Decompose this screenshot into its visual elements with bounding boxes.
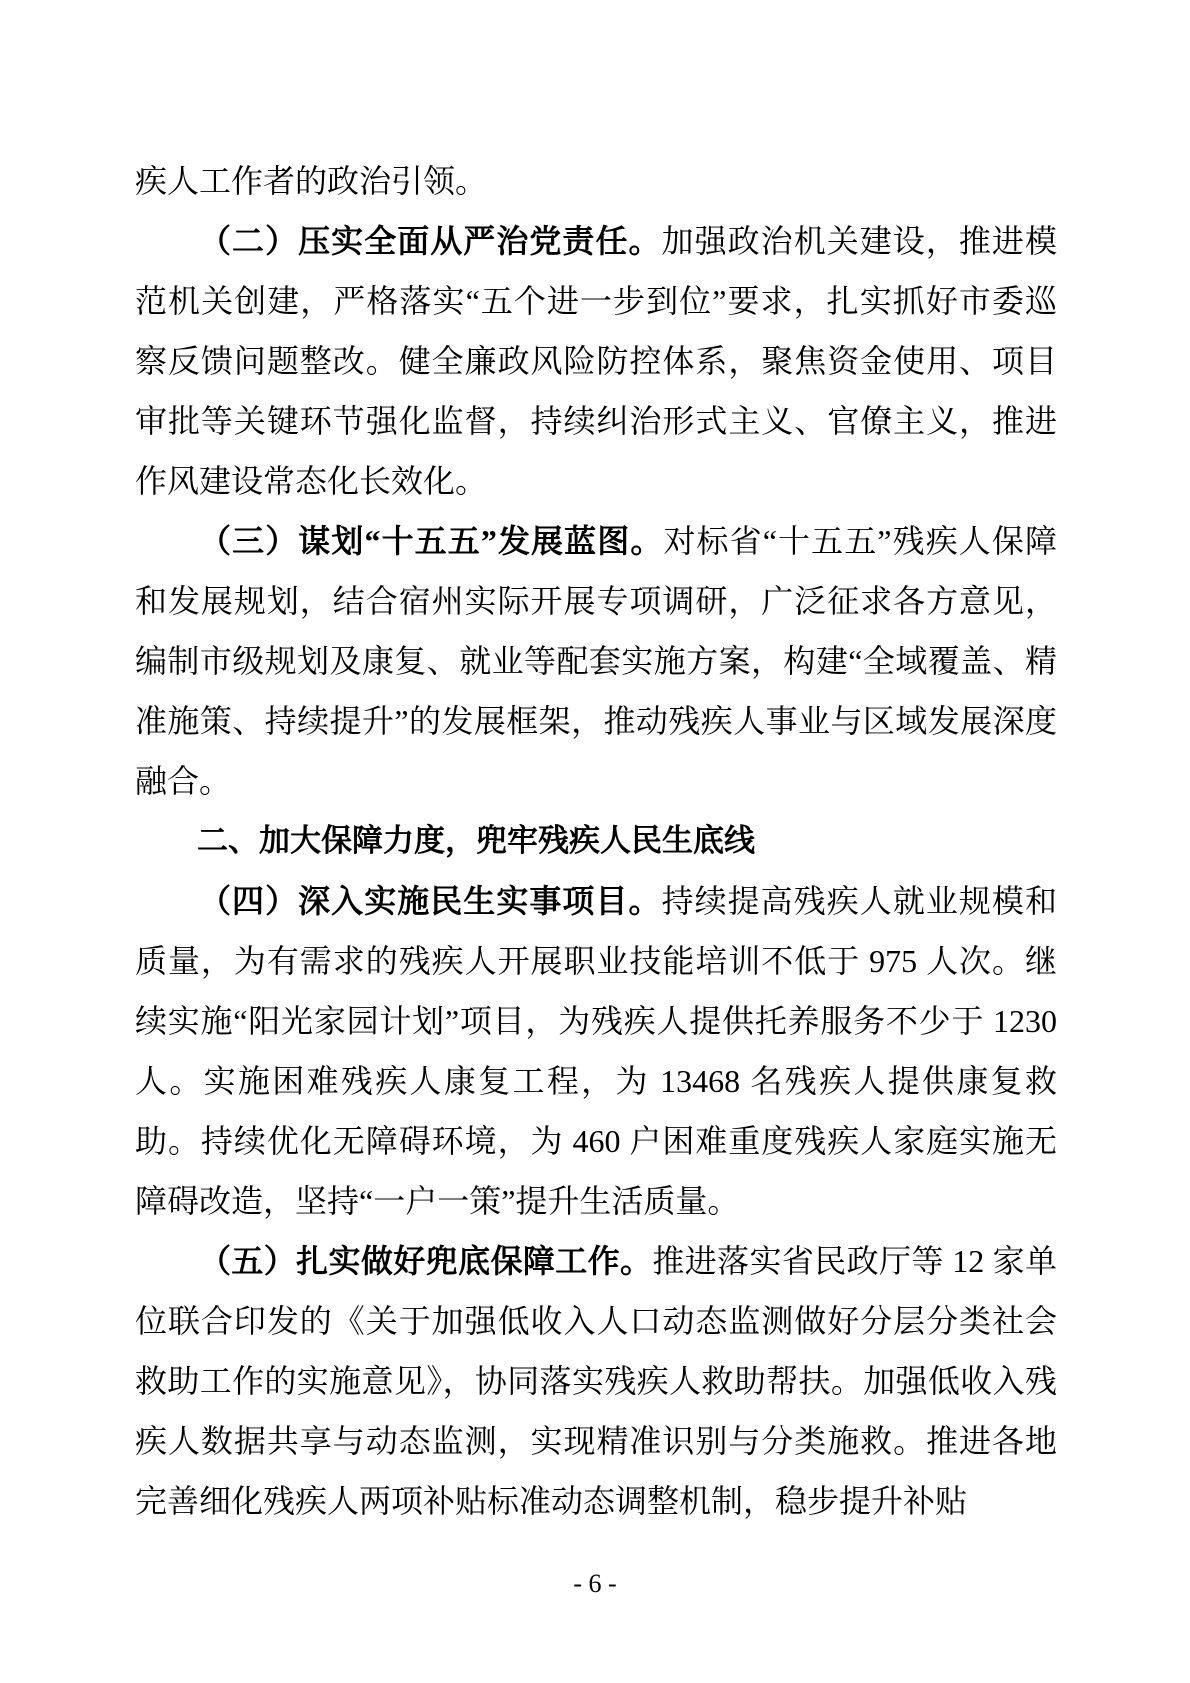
section-heading: 二、加大保障力度，兜牢残疾人民生底线 [135, 811, 1057, 871]
paragraph-continued: 疾人工作者的政治引领。 [135, 151, 1057, 211]
paragraph-item-3: （三）谋划“十五五”发展蓝图。对标省“十五五”残疾人保障和发展规划，结合宿州实际… [135, 511, 1057, 811]
paragraph-text: 对标省“十五五”残疾人保障和发展规划，结合宿州实际开展专项调研，广泛征求各方意见… [135, 523, 1057, 799]
paragraph-lead: （二）压实全面从严治党责任。 [199, 223, 662, 259]
paragraph-lead: （三）谋划“十五五”发展蓝图。 [199, 523, 663, 559]
paragraph-text: 疾人工作者的政治引领。 [135, 163, 487, 199]
document-page: 疾人工作者的政治引领。 （二）压实全面从严治党责任。加强政治机关建设，推进模范机… [0, 0, 1190, 1683]
page-number: - 6 - [0, 1568, 1190, 1600]
document-body: 疾人工作者的政治引领。 （二）压实全面从严治党责任。加强政治机关建设，推进模范机… [135, 151, 1057, 1531]
paragraph-item-5: （五）扎实做好兜底保障工作。推进落实省民政厅等 12 家单位联合印发的《关于加强… [135, 1231, 1057, 1531]
paragraph-item-4: （四）深入实施民生实事项目。持续提高残疾人就业规模和质量，为有需求的残疾人开展职… [135, 871, 1057, 1231]
paragraph-item-2: （二）压实全面从严治党责任。加强政治机关建设，推进模范机关创建，严格落实“五个进… [135, 211, 1057, 511]
paragraph-lead: （五）扎实做好兜底保障工作。 [199, 1243, 652, 1279]
paragraph-text: 推进落实省民政厅等 12 家单位联合印发的《关于加强低收入人口动态监测做好分层分… [135, 1243, 1057, 1519]
paragraph-text: 持续提高残疾人就业规模和质量，为有需求的残疾人开展职业技能培训不低于 975 人… [135, 883, 1057, 1219]
paragraph-text: 加强政治机关建设，推进模范机关创建，严格落实“五个进一步到位”要求，扎实抓好市委… [135, 223, 1057, 499]
paragraph-lead: （四）深入实施民生实事项目。 [199, 883, 662, 919]
